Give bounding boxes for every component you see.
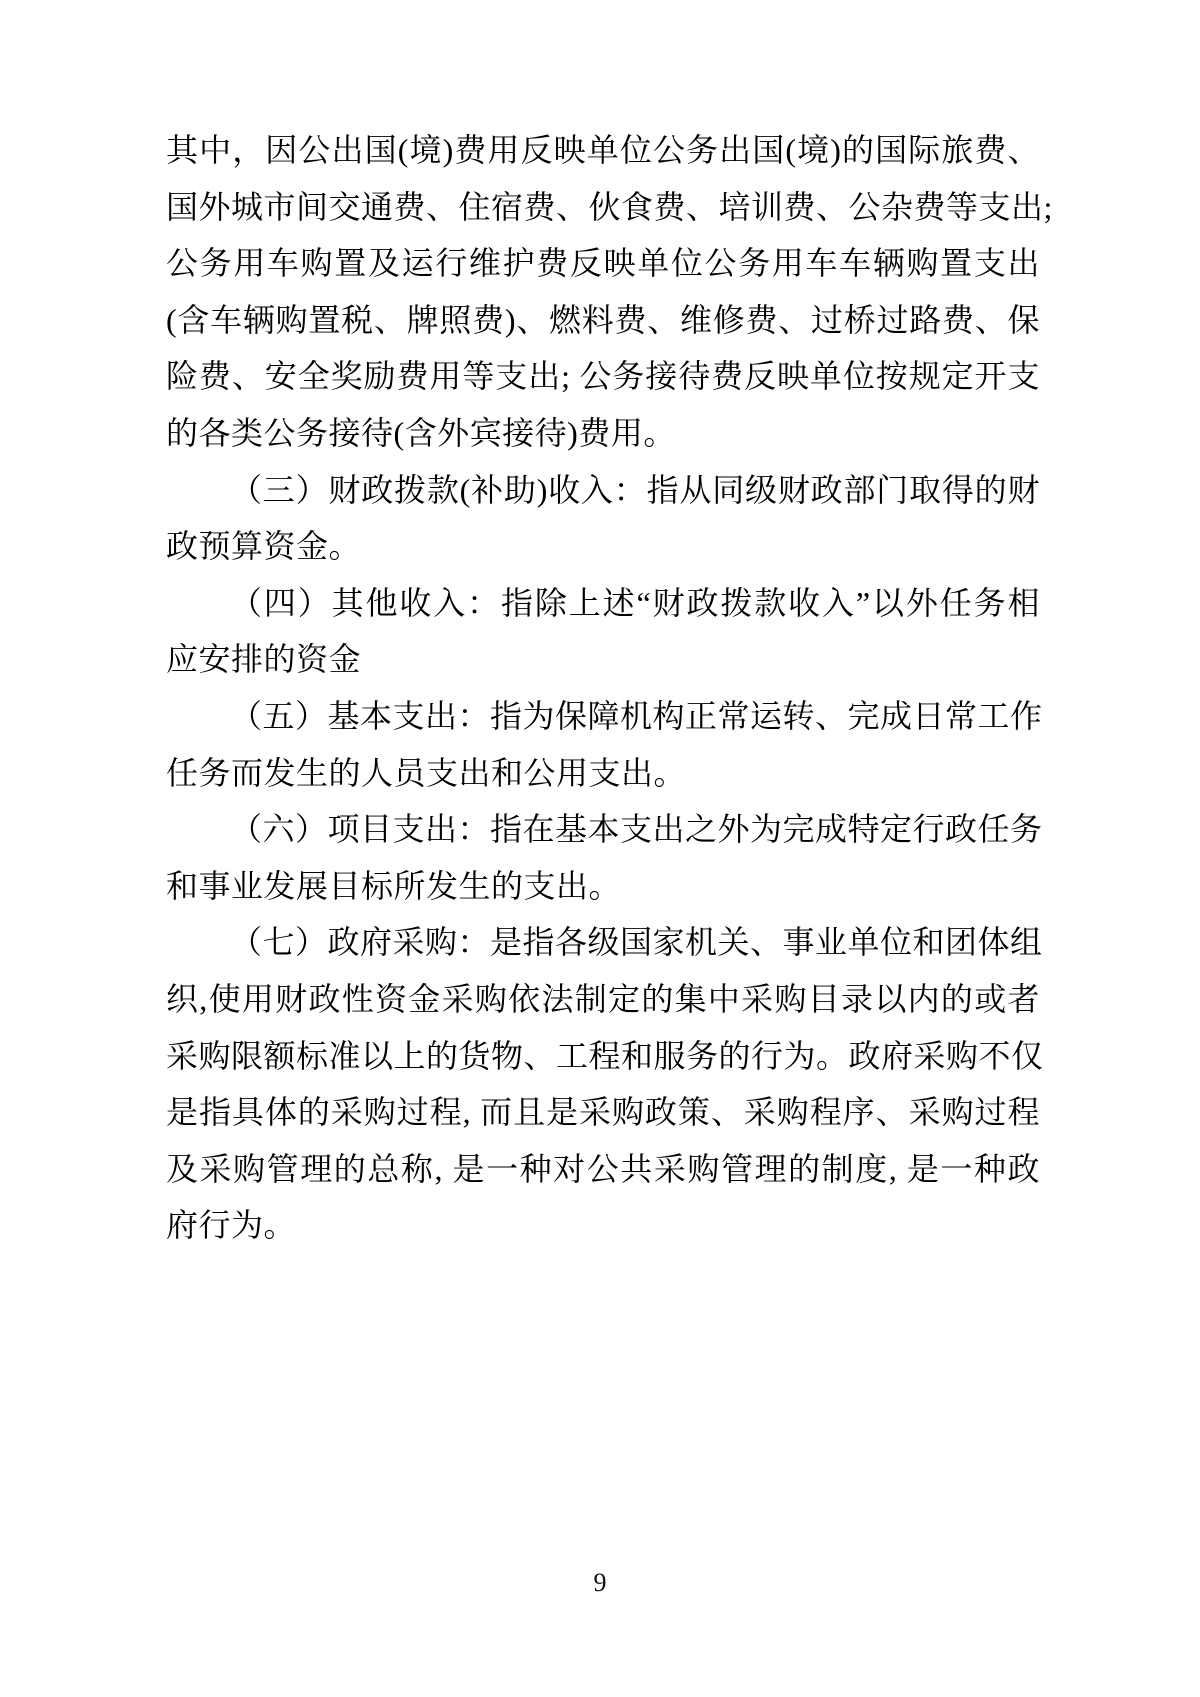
page-number: 9 (0, 1568, 1200, 1598)
text-line-item-7: （七）政府采购：是指各级国家机关、事业单位和团体组 (166, 914, 1040, 971)
text-line: 是指具体的采购过程, 而且是采购政策、采购程序、采购过程 (166, 1084, 1040, 1141)
text-line-item-3: （三）财政拨款(补助)收入：指从同级财政部门取得的财 (166, 462, 1040, 519)
text-line: 应安排的资金 (166, 631, 1040, 688)
text-line: (含车辆购置税、牌照费)、燃料费、维修费、过桥过路费、保 (166, 292, 1040, 349)
text-line: 采购限额标准以上的货物、工程和服务的行为。政府采购不仅 (166, 1028, 1040, 1085)
text-line-item-6: （六）项目支出：指在基本支出之外为完成特定行政任务 (166, 801, 1040, 858)
text-line: 及采购管理的总称, 是一种对公共采购管理的制度, 是一种政 (166, 1141, 1040, 1198)
text-line: 任务而发生的人员支出和公用支出。 (166, 745, 1040, 802)
text-line: 和事业发展目标所发生的支出。 (166, 858, 1040, 915)
text-line: 政预算资金。 (166, 518, 1040, 575)
text-line: 的各类公务接待(含外宾接待)费用。 (166, 405, 1040, 462)
text-line: 险费、安全奖励费用等支出; 公务接待费反映单位按规定开支 (166, 348, 1040, 405)
body-text: 其中，因公出国(境)费用反映单位公务出国(境)的国际旅费、 国外城市间交通费、住… (166, 122, 1040, 1254)
text-line-item-5: （五）基本支出：指为保障机构正常运转、完成日常工作 (166, 688, 1040, 745)
document-page: 其中，因公出国(境)费用反映单位公务出国(境)的国际旅费、 国外城市间交通费、住… (0, 0, 1200, 1697)
text-line: 公务用车购置及运行维护费反映单位公务用车车辆购置支出 (166, 235, 1040, 292)
text-line: 其中，因公出国(境)费用反映单位公务出国(境)的国际旅费、 (166, 122, 1040, 179)
text-line-item-4: （四）其他收入：指除上述“财政拨款收入”以外任务相 (166, 575, 1040, 632)
text-line: 国外城市间交通费、住宿费、伙食费、培训费、公杂费等支出; (166, 179, 1040, 236)
text-line: 府行为。 (166, 1197, 1040, 1254)
text-line: 织,使用财政性资金采购依法制定的集中采购目录以内的或者 (166, 971, 1040, 1028)
